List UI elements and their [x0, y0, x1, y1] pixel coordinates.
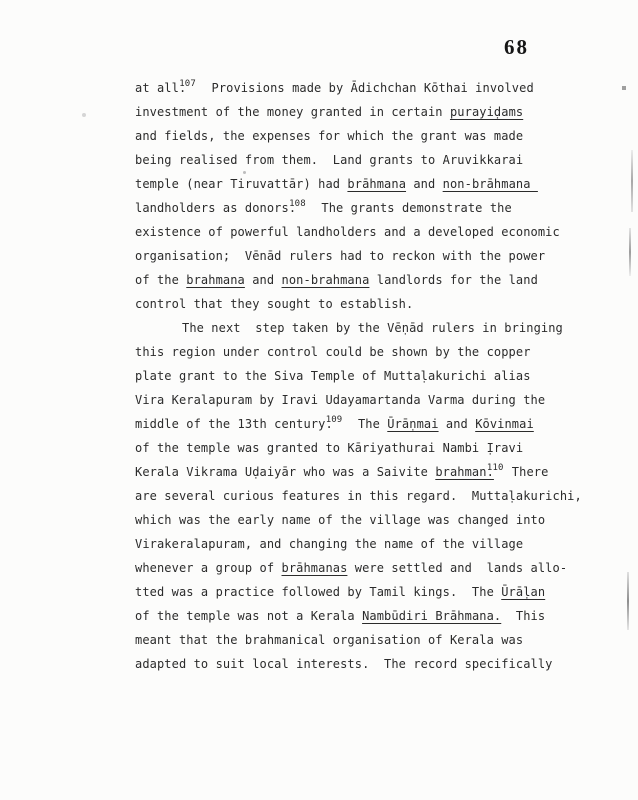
text-line: and fields, the expenses for which the g… — [135, 124, 617, 148]
text-run: this region under control could be shown… — [135, 345, 531, 359]
text-line: of the temple was granted to Kāriyathura… — [135, 436, 617, 460]
text-run: adapted to suit local interests. The rec… — [135, 657, 553, 671]
text-line: Virakeralapuram, and changing the name o… — [135, 532, 617, 556]
text-line: which was the early name of the village … — [135, 508, 617, 532]
text-run: and fields, the expenses for which the g… — [135, 129, 523, 143]
scan-artifact — [82, 113, 86, 117]
text-run: investment of the money granted in certa… — [135, 105, 450, 119]
scan-artifact — [627, 572, 629, 630]
text-run: existence of powerful landholders and a … — [135, 225, 560, 239]
document-body: at all.107 Provisions made by Ādichchan … — [135, 76, 617, 676]
text-run: The next step taken by the Vēṇād rulers … — [182, 321, 563, 335]
scan-artifact — [631, 150, 633, 212]
text-line: at all.107 Provisions made by Ādichchan … — [135, 76, 617, 100]
text-line: The next step taken by the Vēṇād rulers … — [135, 316, 617, 340]
footnote-ref: 107 — [179, 79, 196, 89]
footnote-ref: 109 — [326, 415, 343, 425]
text-run: tted was a practice followed by Tamil ki… — [135, 585, 501, 599]
text-run: landholders as donors. — [135, 201, 296, 215]
text-run: which was the early name of the village … — [135, 513, 545, 527]
underlined-term: purayiḍams — [450, 105, 523, 119]
underlined-term: Kōvinmai — [475, 417, 534, 431]
text-run: landlords for the land — [369, 273, 537, 287]
text-run: being realised from them. Land grants to… — [135, 153, 523, 167]
underlined-term: Ūrāḷan — [501, 585, 545, 599]
text-line: adapted to suit local interests. The rec… — [135, 652, 617, 676]
text-run: Vira Keralapuram by Iravi Udayamartanda … — [135, 393, 545, 407]
text-run: meant that the brahmanical organisation … — [135, 633, 523, 647]
text-line: of the temple was not a Kerala Nambūdiri… — [135, 604, 617, 628]
text-run: Virakeralapuram, and changing the name o… — [135, 537, 523, 551]
text-run: Provisions made by Ādichchan Kōthai invo… — [197, 81, 534, 95]
paragraph: The next step taken by the Vēṇād rulers … — [135, 316, 617, 676]
scan-artifact — [622, 86, 626, 90]
text-line: investment of the money granted in certa… — [135, 100, 617, 124]
underlined-term: brāhmanas — [282, 561, 348, 575]
text-line: temple (near Tiruvattār) had brāhmana an… — [135, 172, 617, 196]
footnote-ref: 110 — [487, 463, 504, 473]
text-line: middle of the 13th century.109 The Ūrāṇm… — [135, 412, 617, 436]
text-run: of the temple was not a Kerala — [135, 609, 362, 623]
text-line: are several curious features in this reg… — [135, 484, 617, 508]
underlined-term: non-brahmana — [282, 273, 370, 287]
text-run: whenever a group of — [135, 561, 282, 575]
text-run: were settled and lands allo- — [347, 561, 567, 575]
scan-artifact — [629, 228, 631, 276]
underlined-term: non-brāhmana — [443, 177, 538, 191]
text-run: plate grant to the Siva Temple of Muttaḷ… — [135, 369, 531, 383]
footnote-ref: 108 — [289, 199, 306, 209]
page-container: 68 at all.107 Provisions made by Ādichch… — [0, 0, 638, 800]
underlined-term: brāhmana — [347, 177, 406, 191]
text-run: and — [406, 177, 443, 191]
text-line: of the brahmana and non-brahmana landlor… — [135, 268, 617, 292]
paragraph: at all.107 Provisions made by Ādichchan … — [135, 76, 617, 316]
underlined-term: Ūrāṇmai — [387, 417, 438, 431]
text-line: existence of powerful landholders and a … — [135, 220, 617, 244]
text-run: of the temple was granted to Kāriyathura… — [135, 441, 523, 455]
text-line: meant that the brahmanical organisation … — [135, 628, 617, 652]
text-line: landholders as donors.108 The grants dem… — [135, 196, 617, 220]
text-run: middle of the 13th century. — [135, 417, 333, 431]
underlined-term: brahman. — [435, 465, 494, 479]
text-run: This — [501, 609, 545, 623]
scan-artifact — [243, 171, 246, 174]
text-line: plate grant to the Siva Temple of Muttaḷ… — [135, 364, 617, 388]
text-run: are several curious features in this reg… — [135, 489, 582, 503]
text-run: organisation; Vēnād rulers had to reckon… — [135, 249, 545, 263]
underlined-term: Nambūdiri Brāhmana. — [362, 609, 501, 623]
text-run: The — [343, 417, 387, 431]
text-line: control that they sought to establish. — [135, 292, 617, 316]
text-line: whenever a group of brāhmanas were settl… — [135, 556, 617, 580]
text-line: organisation; Vēnād rulers had to reckon… — [135, 244, 617, 268]
text-run: There — [504, 465, 548, 479]
text-run: of the — [135, 273, 186, 287]
text-line: Kerala Vikrama Uḍaiyār who was a Saivite… — [135, 460, 617, 484]
underlined-term: brahmana — [186, 273, 245, 287]
text-run: control that they sought to establish. — [135, 297, 413, 311]
text-run: and — [439, 417, 476, 431]
text-line: being realised from them. Land grants to… — [135, 148, 617, 172]
text-run: and — [245, 273, 282, 287]
text-line: this region under control could be shown… — [135, 340, 617, 364]
text-run: The grants demonstrate the — [307, 201, 512, 215]
text-line: tted was a practice followed by Tamil ki… — [135, 580, 617, 604]
text-run: Kerala Vikrama Uḍaiyār who was a Saivite — [135, 465, 435, 479]
text-run: temple (near Tiruvattār) had — [135, 177, 347, 191]
page-number: 68 — [504, 35, 529, 60]
text-line: Vira Keralapuram by Iravi Udayamartanda … — [135, 388, 617, 412]
